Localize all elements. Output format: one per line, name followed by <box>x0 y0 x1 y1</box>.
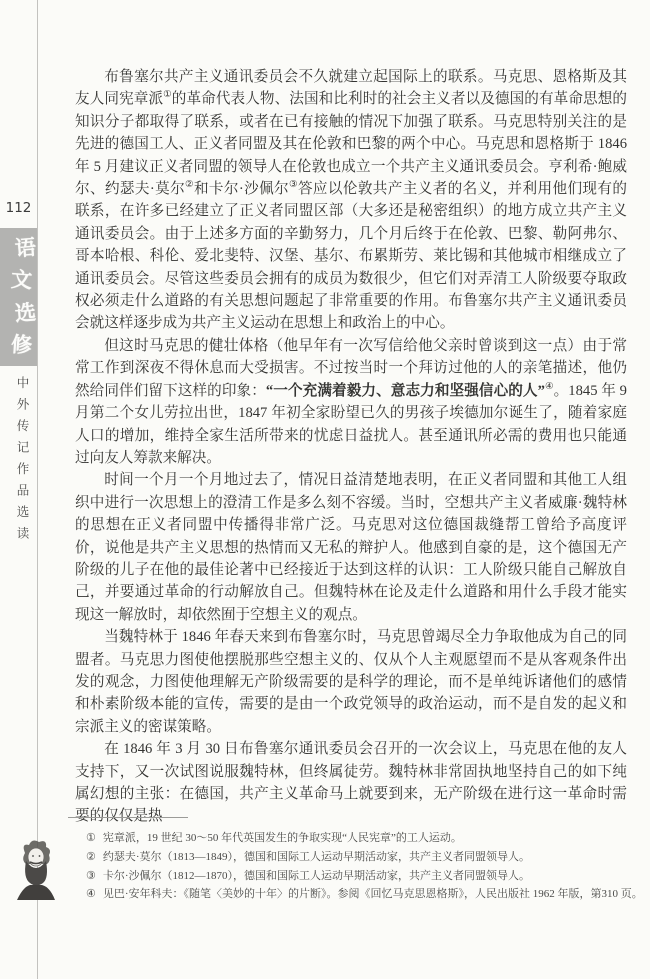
paragraph-segment: 时间一个月一个月地过去了，情况日益清楚地表明，在正义者同盟和其他工人组织中进行一… <box>75 472 627 622</box>
footnote-marker-sup: ④ <box>545 382 554 392</box>
paragraph: 时间一个月一个月地过去了，情况日益清楚地表明，在正义者同盟和其他工人组织中进行一… <box>75 469 627 626</box>
footnote-item: ③卡尔·沙佩尔（1812—1870），德国和国际工人运动早期活动家，共产主义者同… <box>86 867 644 886</box>
subseries-title: 中外传记作品选读 <box>13 376 31 548</box>
footnote-number: ② <box>86 851 96 863</box>
sidebar-divider <box>37 0 38 979</box>
footnote-item: ②约瑟夫·莫尔（1813—1849），德国和国际工人运动早期活动家，共产主义者同… <box>86 848 644 867</box>
footnote-marker-sup: ③ <box>289 180 298 190</box>
page-number: 112 <box>0 200 37 216</box>
series-title-char: 修 <box>10 335 32 357</box>
bearded-man-portrait-icon <box>14 838 58 902</box>
paragraph: 在 1846 年 3 月 30 日布鲁塞尔通讯委员会召开的一次会议上，马克思在他… <box>75 738 627 828</box>
footnote-marker-sup: ② <box>185 180 194 190</box>
footnotes: ①宪章派，19 世纪 30～50 年代英国发生的争取实现“人民宪章”的工人运动。… <box>86 829 644 904</box>
paragraph-segment: 和卡尔·沙佩尔 <box>194 181 289 197</box>
series-title-char: 选 <box>14 302 37 325</box>
paragraph-segment: 答应以伦敦共产主义者的名义，并利用他们现有的联系，在许多已经建立了正义者同盟区部… <box>75 181 627 331</box>
footnote-marker-sup: ① <box>163 91 172 101</box>
footnote-item: ④见巴·安年科夫：《随笔〈美妙的十年〉的片断》。参阅《回忆马克思恩格斯》，人民出… <box>86 885 644 904</box>
series-title-char: 文 <box>10 270 32 292</box>
paragraph-segment: 在 1846 年 3 月 30 日布鲁塞尔通讯委员会召开的一次会议上，马克思在他… <box>75 741 627 824</box>
footnote-text: 见巴·安年科夫：《随笔〈美妙的十年〉的片断》。参阅《回忆马克思恩格斯》，人民出版… <box>103 888 643 900</box>
footnote-item: ①宪章派，19 世纪 30～50 年代英国发生的争取实现“人民宪章”的工人运动。 <box>86 829 644 848</box>
footnote-number: ① <box>86 832 96 844</box>
paragraph-segment: 当魏特林于 1846 年春天来到布鲁塞尔时，马克思曾竭尽全力争取他成为自己的同盟… <box>75 629 627 735</box>
paragraph: 但这时马克思的健壮体格（他早年有一次写信给他父亲时曾谈到这一点）由于常常工作到深… <box>75 335 627 469</box>
paragraph-segment: “一个充满着毅力、意志力和坚强信心的人” <box>266 383 545 399</box>
footnote-text: 卡尔·沙佩尔（1812—1870），德国和国际工人运动早期活动家，共产主义者同盟… <box>103 870 530 882</box>
body-text: 布鲁塞尔共产主义通讯委员会不久就建立起国际上的联系。马克思、恩格斯及其友人同宪章… <box>75 66 627 828</box>
series-title-block: 语文选修 <box>0 228 37 366</box>
footnote-number: ④ <box>86 888 96 900</box>
book-page: 112 语文选修 中外传记作品选读 布鲁塞尔共产主义通讯委员会不久就建立起国际上… <box>0 0 650 979</box>
footnote-text: 约瑟夫·莫尔（1813—1849），德国和国际工人运动早期活动家，共产主义者同盟… <box>103 851 530 863</box>
footnote-separator <box>68 817 188 818</box>
paragraph: 布鲁塞尔共产主义通讯委员会不久就建立起国际上的联系。马克思、恩格斯及其友人同宪章… <box>75 66 627 335</box>
series-title-char: 语 <box>14 237 37 260</box>
paragraph: 当魏特林于 1846 年春天来到布鲁塞尔时，马克思曾竭尽全力争取他成为自己的同盟… <box>75 626 627 738</box>
footnote-text: 宪章派，19 世纪 30～50 年代英国发生的争取实现“人民宪章”的工人运动。 <box>103 832 462 844</box>
footnote-number: ③ <box>86 870 96 882</box>
